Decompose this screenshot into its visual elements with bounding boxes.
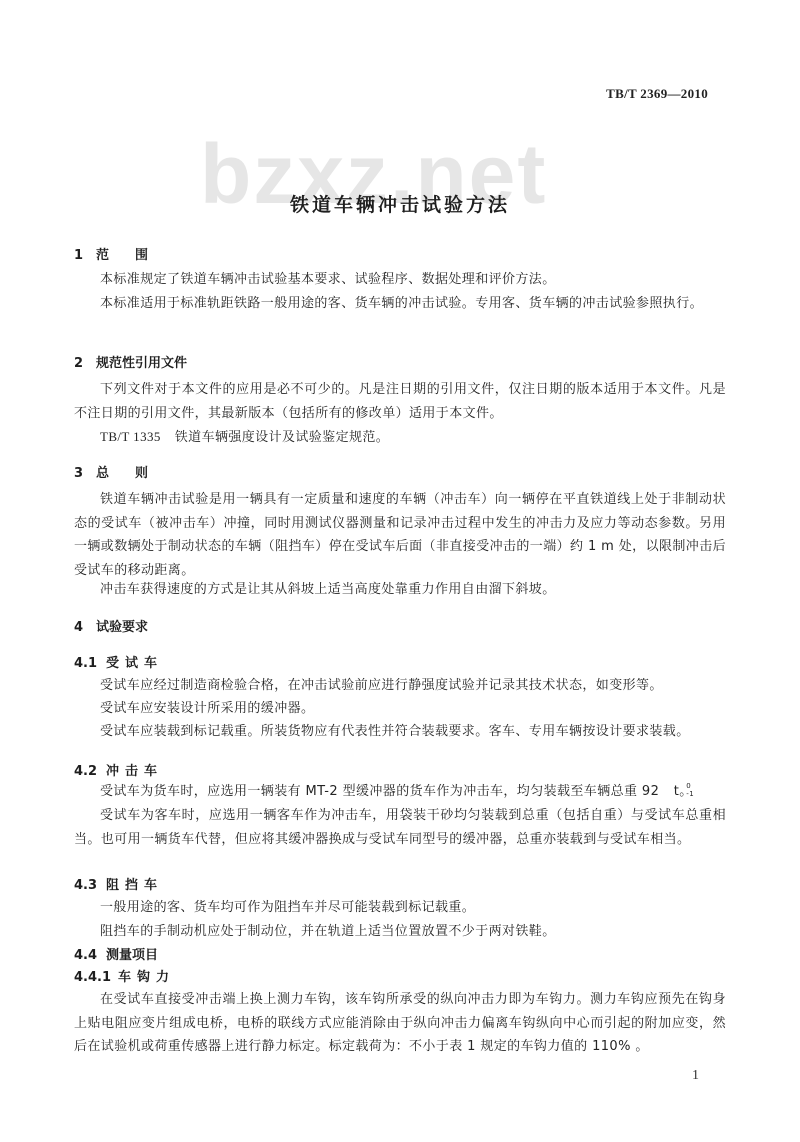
paragraph: 受试车应安装设计所采用的缓冲器。 — [74, 697, 726, 721]
paragraph: 阻挡车的手制动机应处于制动位，并在轨道上适当位置放置不少于两对铁鞋。 — [74, 920, 726, 944]
section-4-1-heading: 4.1受试车 — [74, 652, 163, 671]
section-4-3-heading: 4.3阻挡车 — [74, 874, 163, 893]
normative-reference: TB/T 1335铁道车辆强度设计及试验鉴定规范。 — [100, 426, 389, 445]
paragraph: 下列文件对于本文件的应用是必不可少的。凡是注日期的引用文件，仅注日期的版本适用于… — [74, 378, 726, 425]
document-title: 铁道车辆冲击试验方法 — [0, 190, 800, 217]
reference-title: 铁道车辆强度设计及试验鉴定规范。 — [175, 430, 389, 445]
section-number: 1 — [74, 248, 96, 263]
standard-code: TB/T 2369—2010 — [606, 86, 708, 102]
paragraph: 受试车为货车时，应选用一辆装有 MT-2 型缓冲器的货车作为冲击车，均匀装载至车… — [74, 780, 726, 804]
section-4-2-heading: 4.2冲击车 — [74, 760, 163, 779]
paragraph: 受试车应装载到标记载重。所装货物应有代表性并符合装载要求。客车、专用车辆按设计要… — [74, 720, 726, 744]
section-3-heading: 3总则 — [74, 462, 148, 481]
paragraph: 本标准适用于标准轨距铁路一般用途的客、货车辆的冲击试验。专用客、货车辆的冲击试验… — [74, 292, 726, 316]
page-number: 1 — [692, 1068, 699, 1084]
tolerance: 0-1 — [659, 786, 669, 798]
paragraph: 本标准规定了铁道车辆冲击试验基本要求、试验程序、数据处理和评价方法。 — [74, 268, 726, 292]
section-4-heading: 4试验要求 — [74, 616, 148, 635]
section-1-heading: 1范围 — [74, 244, 148, 263]
paragraph: 受试车应经过制造商检验合格，在冲击试验前应进行静强度试验并记录其技术状态，如变形… — [74, 674, 726, 698]
paragraph: 铁道车辆冲击试验是用一辆具有一定质量和速度的车辆（冲击车）向一辆停在平直铁道线上… — [74, 488, 726, 582]
paragraph: 冲击车获得速度的方式是让其从斜坡上适当高度处靠重力作用自由溜下斜坡。 — [74, 578, 726, 602]
paragraph: 受试车为客车时，应选用一辆客车作为冲击车，用袋装干砂均匀装载到总重（包括自重）与… — [74, 804, 726, 851]
paragraph: 在受试车直接受冲击端上换上测力车钩，该车钩所承受的纵向冲击力即为车钩力。测力车钩… — [74, 988, 726, 1059]
paragraph: 一般用途的客、货车均可作为阻挡车并尽可能装载到标记载重。 — [74, 896, 726, 920]
section-4-4-1-heading: 4.4.1车钩力 — [74, 966, 175, 985]
section-4-4-heading: 4.4测量项目 — [74, 944, 158, 963]
section-2-heading: 2规范性引用文件 — [74, 352, 187, 371]
reference-code: TB/T 1335 — [100, 429, 161, 444]
